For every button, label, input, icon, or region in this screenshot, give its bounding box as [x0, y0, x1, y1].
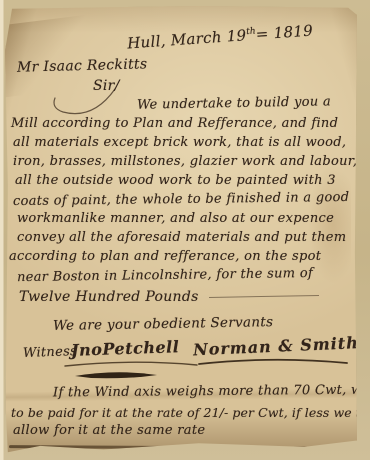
closing-line: We are your obedient Servants: [53, 314, 274, 334]
page-torn-edge: [9, 445, 349, 450]
body-line: according to plan and refferance, on the…: [9, 249, 321, 264]
dateline: Hull, March 19th= 1819: [127, 22, 314, 53]
body-line: near Boston in Lincolnshire, for the sum…: [17, 266, 313, 285]
recipient-name: Mr Isaac Reckitts: [17, 56, 148, 75]
body-line: workmanlike manner, and also at our expe…: [17, 211, 334, 226]
body-line: all materials except brick work, that is…: [13, 135, 346, 150]
witness-signature: JnoPetchell: [71, 337, 180, 360]
body-line: Mill according to Plan and Refferance, a…: [11, 116, 338, 131]
dateline-place-month-day: Hull, March 19: [127, 26, 247, 52]
paper-crease-topleft: [0, 14, 99, 97]
postscript-line: allow for it at the same rate: [13, 423, 205, 438]
postscript-line: If the Wind axis weighs more than 70 Cwt…: [53, 383, 370, 401]
sum-text: Twelve Hundred Pounds: [19, 289, 199, 305]
body-line: iron, brasses, millstones, glazier work …: [13, 154, 357, 169]
letter-photo: Hull, March 19th= 1819 Mr Isaac Reckitts…: [0, 0, 370, 460]
witness-label: Witness: [23, 344, 78, 361]
trailing-dash: [209, 295, 319, 298]
firm-signature: Norman & Smithson: [193, 332, 370, 360]
dateline-year: = 1819: [255, 22, 313, 44]
body-line: coats of paint, the whole to be finished…: [13, 190, 350, 209]
body-line: all the outside wood work to be painted …: [15, 173, 336, 188]
body-line: convey all the aforesaid materials and p…: [17, 230, 346, 245]
witness-signature-underline-flourish: [61, 358, 201, 384]
letter-page: Hull, March 19th= 1819 Mr Isaac Reckitts…: [5, 6, 357, 454]
salutation: Sir/: [93, 78, 120, 94]
body-line-sum: Twelve Hundred Pounds: [19, 289, 319, 305]
postscript-line: to be paid for it at the rate of 21/- pe…: [11, 405, 369, 420]
body-line: We undertake to build you a: [137, 94, 331, 112]
